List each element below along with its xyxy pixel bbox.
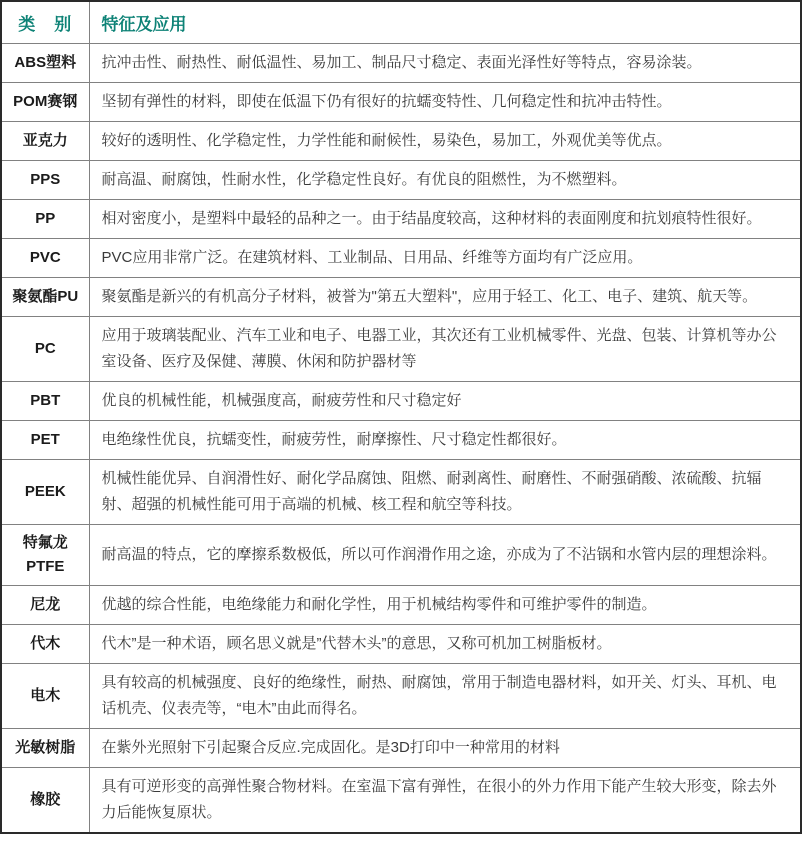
table-row: 聚氨酯PU聚氨酯是新兴的有机高分子材料，被誉为"第五大塑料"，应用于轻工、化工、… <box>1 278 801 317</box>
table-row: PP相对密度小，是塑料中最轻的品种之一。由于结晶度较高，这种材料的表面刚度和抗划… <box>1 200 801 239</box>
category-cell: ABS塑料 <box>1 44 89 83</box>
description-cell: 聚氨酯是新兴的有机高分子材料，被誉为"第五大塑料"，应用于轻工、化工、电子、建筑… <box>89 278 801 317</box>
table-row: 特氟龙 PTFE耐高温的特点，它的摩擦系数极低，所以可作润滑作用之途，亦成为了不… <box>1 525 801 586</box>
category-cell: 特氟龙 PTFE <box>1 525 89 586</box>
category-cell: POM赛钢 <box>1 83 89 122</box>
header-row: 类 别 特征及应用 <box>1 1 801 44</box>
description-cell: 优越的综合性能，电绝缘能力和耐化学性，用于机械结构零件和可维护零件的制造。 <box>89 586 801 625</box>
description-cell: 代木”是一种术语，顾名思义就是”代替木头”的意思，又称可机加工树脂板材。 <box>89 625 801 664</box>
category-cell: 尼龙 <box>1 586 89 625</box>
category-cell: PP <box>1 200 89 239</box>
category-cell: 亚克力 <box>1 122 89 161</box>
description-cell: 在紫外光照射下引起聚合反应.完成固化。是3D打印中一种常用的材料 <box>89 729 801 768</box>
table-row: 光敏树脂在紫外光照射下引起聚合反应.完成固化。是3D打印中一种常用的材料 <box>1 729 801 768</box>
table-row: 亚克力较好的透明性、化学稳定性，力学性能和耐候性，易染色，易加工，外观优美等优点… <box>1 122 801 161</box>
table-body: ABS塑料抗冲击性、耐热性、耐低温性、易加工、制品尺寸稳定、表面光泽性好等特点，… <box>1 44 801 834</box>
materials-table: 类 别 特征及应用 ABS塑料抗冲击性、耐热性、耐低温性、易加工、制品尺寸稳定、… <box>0 0 802 834</box>
header-category: 类 别 <box>1 1 89 44</box>
category-cell: PPS <box>1 161 89 200</box>
category-cell: 电木 <box>1 664 89 729</box>
description-cell: 坚韧有弹性的材料，即使在低温下仍有很好的抗蠕变特性、几何稳定性和抗冲击特性。 <box>89 83 801 122</box>
table-row: 代木代木”是一种术语，顾名思义就是”代替木头”的意思，又称可机加工树脂板材。 <box>1 625 801 664</box>
description-cell: 具有可逆形变的高弹性聚合物材料。在室温下富有弹性，在很小的外力作用下能产生较大形… <box>89 768 801 834</box>
category-cell: 代木 <box>1 625 89 664</box>
category-cell: PVC <box>1 239 89 278</box>
description-cell: 相对密度小，是塑料中最轻的品种之一。由于结晶度较高，这种材料的表面刚度和抗划痕特… <box>89 200 801 239</box>
description-cell: 耐高温的特点，它的摩擦系数极低，所以可作润滑作用之途，亦成为了不沾锅和水管内层的… <box>89 525 801 586</box>
table-row: PBT优良的机械性能，机械强度高，耐疲劳性和尺寸稳定好 <box>1 382 801 421</box>
description-cell: 具有较高的机械强度、良好的绝缘性，耐热、耐腐蚀，常用于制造电器材料，如开关、灯头… <box>89 664 801 729</box>
table-row: ABS塑料抗冲击性、耐热性、耐低温性、易加工、制品尺寸稳定、表面光泽性好等特点，… <box>1 44 801 83</box>
table-row: PVCPVC应用非常广泛。在建筑材料、工业制品、日用品、纤维等方面均有广泛应用。 <box>1 239 801 278</box>
category-cell: PEEK <box>1 460 89 525</box>
category-cell: PC <box>1 317 89 382</box>
table-row: POM赛钢坚韧有弹性的材料，即使在低温下仍有很好的抗蠕变特性、几何稳定性和抗冲击… <box>1 83 801 122</box>
table-row: PET电绝缘性优良，抗蠕变性，耐疲劳性，耐摩擦性、尺寸稳定性都很好。 <box>1 421 801 460</box>
description-cell: 优良的机械性能，机械强度高，耐疲劳性和尺寸稳定好 <box>89 382 801 421</box>
table-row: PC应用于玻璃装配业、汽车工业和电子、电器工业，其次还有工业机械零件、光盘、包装… <box>1 317 801 382</box>
category-cell: PET <box>1 421 89 460</box>
description-cell: PVC应用非常广泛。在建筑材料、工业制品、日用品、纤维等方面均有广泛应用。 <box>89 239 801 278</box>
description-cell: 机械性能优异、自润滑性好、耐化学品腐蚀、阻燃、耐剥离性、耐磨性、不耐强硝酸、浓硫… <box>89 460 801 525</box>
category-cell: 光敏树脂 <box>1 729 89 768</box>
description-cell: 电绝缘性优良，抗蠕变性，耐疲劳性，耐摩擦性、尺寸稳定性都很好。 <box>89 421 801 460</box>
category-cell: 聚氨酯PU <box>1 278 89 317</box>
table-row: 电木具有较高的机械强度、良好的绝缘性，耐热、耐腐蚀，常用于制造电器材料，如开关、… <box>1 664 801 729</box>
category-cell: 橡胶 <box>1 768 89 834</box>
header-features: 特征及应用 <box>89 1 801 44</box>
materials-table-container: 类 别 特征及应用 ABS塑料抗冲击性、耐热性、耐低温性、易加工、制品尺寸稳定、… <box>0 0 802 863</box>
table-row: 橡胶具有可逆形变的高弹性聚合物材料。在室温下富有弹性，在很小的外力作用下能产生较… <box>1 768 801 834</box>
description-cell: 耐高温、耐腐蚀，性耐水性，化学稳定性良好。有优良的阻燃性，为不燃塑料。 <box>89 161 801 200</box>
table-row: PPS耐高温、耐腐蚀，性耐水性，化学稳定性良好。有优良的阻燃性，为不燃塑料。 <box>1 161 801 200</box>
category-cell: PBT <box>1 382 89 421</box>
description-cell: 较好的透明性、化学稳定性，力学性能和耐候性，易染色，易加工，外观优美等优点。 <box>89 122 801 161</box>
table-row: 尼龙优越的综合性能，电绝缘能力和耐化学性，用于机械结构零件和可维护零件的制造。 <box>1 586 801 625</box>
description-cell: 抗冲击性、耐热性、耐低温性、易加工、制品尺寸稳定、表面光泽性好等特点，容易涂装。 <box>89 44 801 83</box>
description-cell: 应用于玻璃装配业、汽车工业和电子、电器工业，其次还有工业机械零件、光盘、包装、计… <box>89 317 801 382</box>
table-row: PEEK机械性能优异、自润滑性好、耐化学品腐蚀、阻燃、耐剥离性、耐磨性、不耐强硝… <box>1 460 801 525</box>
